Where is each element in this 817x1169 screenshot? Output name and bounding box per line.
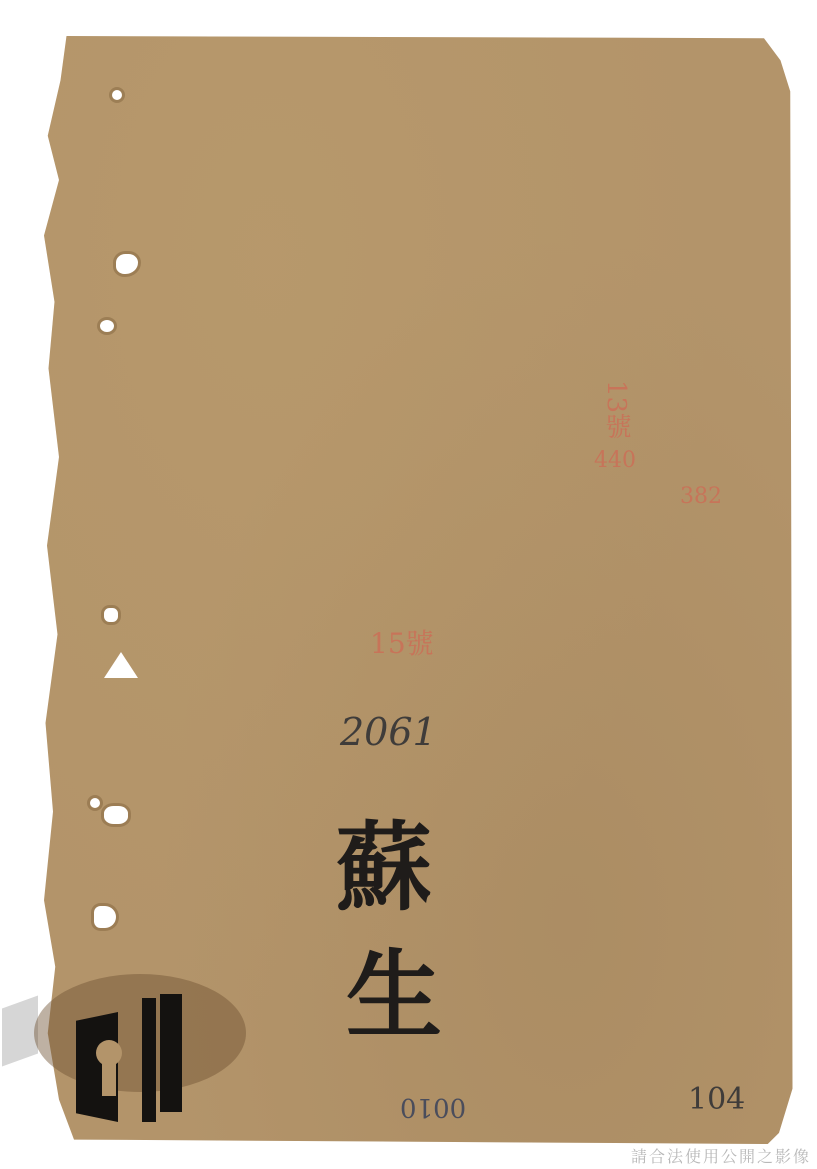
- handwritten-name-char-1: 蘇: [336, 792, 432, 929]
- punch-hole: [104, 806, 128, 824]
- book-page-icon: [160, 994, 182, 1112]
- punch-hole: [94, 906, 116, 928]
- archive-logo: [0, 970, 250, 1120]
- page-number: 104: [688, 1082, 745, 1117]
- book-page-icon: [142, 998, 156, 1122]
- handwritten-name-char-2: 生: [346, 920, 442, 1057]
- serial-number: 0010: [400, 1092, 466, 1122]
- red-mark-right-col1b: 440: [594, 448, 636, 473]
- punch-hole: [112, 90, 122, 100]
- punch-hole: [104, 608, 118, 622]
- red-mark-right-col2: 382: [680, 484, 722, 509]
- red-mark-right-col1: 13號: [598, 380, 635, 439]
- punch-hole: [90, 798, 100, 808]
- keyhole-slot-icon: [102, 1060, 116, 1096]
- handwritten-number: 2061: [340, 710, 437, 754]
- red-mark-center: 15號: [370, 622, 434, 662]
- usage-notice: 請合法使用公開之影像: [631, 1144, 811, 1167]
- logo-grey-strip: [2, 995, 38, 1066]
- punch-hole: [100, 320, 114, 332]
- logo-oval-backdrop: [34, 974, 246, 1092]
